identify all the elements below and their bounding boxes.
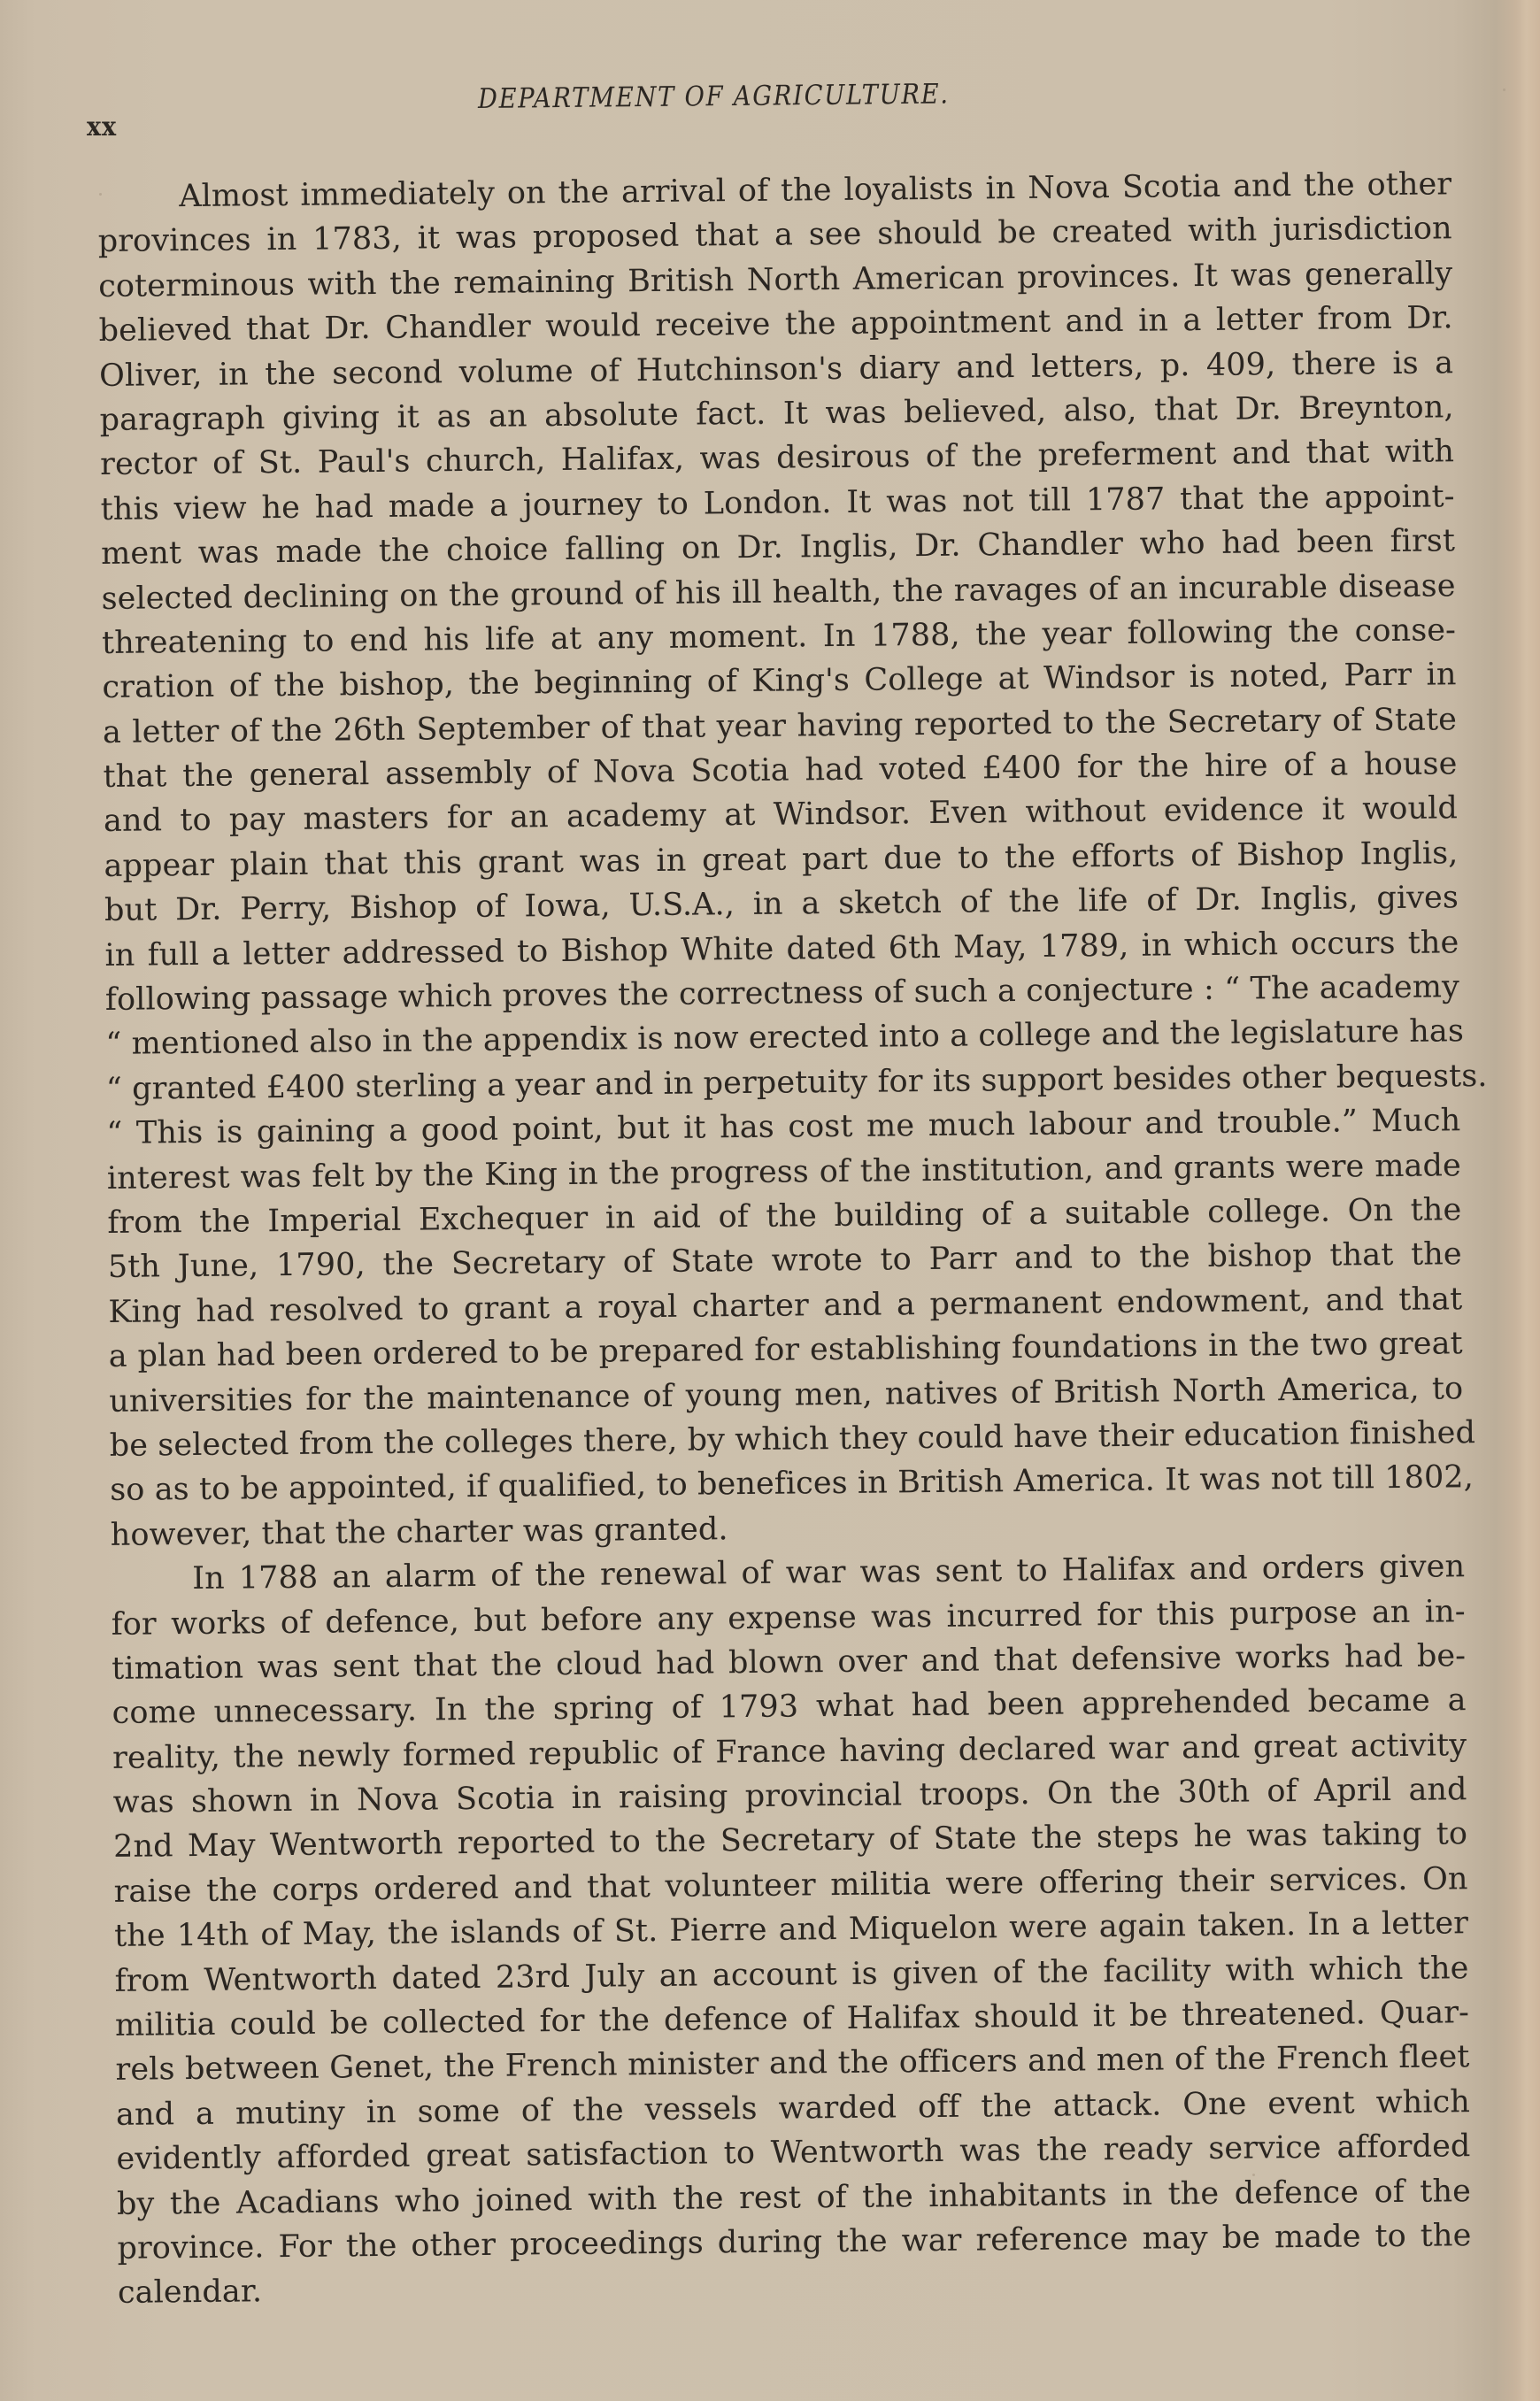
paragraph-war-1793: In 1788 an alarm of the renewal of war w… xyxy=(111,1544,1472,2315)
body-text: Almost immediately on the arrival of the… xyxy=(97,162,1472,2315)
scanned-page: xx DEPARTMENT OF AGRICULTURE. Almost imm… xyxy=(0,0,1540,2401)
running-title: DEPARTMENT OF AGRICULTURE. xyxy=(478,78,950,115)
paper-speck xyxy=(1252,2174,1255,2176)
paper-speck xyxy=(99,193,102,196)
paragraph-loyalists-see: Almost immediately on the arrival of the… xyxy=(97,162,1465,1558)
paper-speck xyxy=(1009,1218,1012,1220)
paper-speck xyxy=(1503,88,1505,91)
page-header: xx DEPARTMENT OF AGRICULTURE. xyxy=(0,80,1540,133)
page-number: xx xyxy=(87,112,117,142)
